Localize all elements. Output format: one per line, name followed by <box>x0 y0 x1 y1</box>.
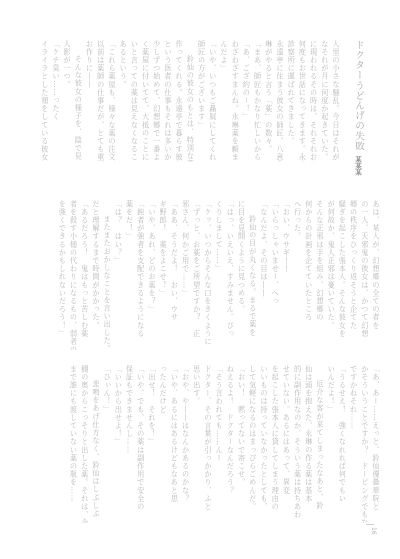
text-column: あるという。 <box>118 40 129 162</box>
novel-page: ドクターうどんげの失敗薬 某某某 人里の小さな騒乱。今日はそれがまた一つ、なそれ… <box>0 0 400 559</box>
text-column: 「ああ、そうだよ！ おい、ウサ <box>169 200 180 350</box>
text-column: 永遠亭に住まう彼女の師匠。八意永 <box>275 40 286 162</box>
text-column: 「いや、あるにはあるけどもなあと思 <box>169 365 180 523</box>
text-column: 「いや、あれ、どのお薬を？」 <box>147 200 158 350</box>
text-column: 「鈍者が強者を支配できるようになる <box>136 200 147 350</box>
text-column: ギ野郎！ 薬をよこせ！」 <box>158 200 169 350</box>
text-column: を起こした張本人に貸してしまう理由の <box>270 365 281 523</box>
text-column: 「いや、いつもご贔屓にしてくれだろう <box>208 40 219 162</box>
text-column: 以前は薬師の仕事だが、とても重要な薬を <box>96 40 107 162</box>
text-column: が何故か、鬼人正邪は憂いていた。 <box>326 200 337 350</box>
text-column: 「なんだよ、その目は―― <box>259 200 270 350</box>
text-column: 人里の小さな騒乱。今日はそれがまた一つ、 <box>331 40 342 162</box>
text-column: 「ずっと、お薬をご所望ですか？ 正 <box>192 200 203 350</box>
text-column: 「おい、ウサギ―― <box>281 200 292 350</box>
text-column: そんな正邪は手を組み、幻想郷の <box>315 200 326 350</box>
text-column: いいものは持っていなかったとしても、 <box>259 365 270 523</box>
text-tier-lower: 「あ、あー……えっと、鈴仙優曇華院とかそういうことですか？ ドーピングでもないん… <box>42 365 382 523</box>
text-column: 「あ、あー……えっと、鈴仙優曇華院と <box>371 365 382 523</box>
text-column: 郷の秩序をひっくり返そうと企てた <box>348 200 359 350</box>
text-column: 「は？ はい？」 <box>113 200 124 350</box>
text-column: 「あるだろう！ 鬼はもっと苦しむ薬 <box>80 200 91 350</box>
text-column: 的に副作用なのか、そういう薬は持ちあわ <box>292 365 303 523</box>
text-column: 「ケチ臭い……ったく <box>51 40 62 162</box>
text-tier-upper: 人里の小さな騒乱。今日はそれがまた一つ、なそれが月に何度か起きていた。この時に現… <box>42 40 342 162</box>
text-column: かそういうことですか？ ドーピングでもないん <box>360 365 371 523</box>
text-column: 棚の奥からこっそりと出した薬。それは、今 <box>80 365 91 523</box>
text-column: の一人、天邪鬼の彼女は、かつて幻想 <box>360 200 371 350</box>
text-column: なそれが月に何度か起きていた。この時 <box>320 40 331 162</box>
text-column: 悲鳴をあげ仕方なく、鈴仙はしぶしぶ <box>91 365 102 523</box>
page-number: 16 <box>367 527 377 543</box>
text-column: ですかねそれ…… <box>348 365 359 523</box>
text-column: 保証もできませんし…… <box>124 365 135 523</box>
text-column: に現われるその時は、それそれお世話さま <box>308 40 319 162</box>
text-column: 琳がやると言う「薬」の数々。 <box>264 40 275 162</box>
text-column: 「そう言われても……んー <box>214 365 225 523</box>
text-column: 者を殺す小槌の代わりになるもの、弱者の私 <box>68 200 79 350</box>
text-column: 「出せ！ それを！」 <box>147 365 158 523</box>
text-column: 人影が一つ。 <box>62 40 73 162</box>
text-column: 師匠の方がございます」 <box>196 40 207 162</box>
text-column: 何度もお世話になってきます。永遠亭 <box>297 40 308 162</box>
text-column: お作りに―― <box>84 40 95 162</box>
text-column: ったんだけど <box>158 365 169 523</box>
text-column: いと言っての薬は見えなくなることも <box>129 40 140 162</box>
text-column: そんな彼女の様子を、陰で見つめる <box>73 40 84 162</box>
author-name: 某某某 <box>351 156 363 184</box>
text-column: 鈴仙の目が丸くなる。まるで薬を <box>248 200 259 350</box>
text-column: いんだよ！」 <box>326 365 337 523</box>
text-column: ねえるよ！ ドクターなんだろう？ <box>225 365 236 523</box>
text-column: く薬屋に付いてて、大抵のことにはおかな <box>140 40 151 162</box>
text-column: 厄介な客が来てしまったなあと、鈴 <box>315 365 326 523</box>
text-column: 「おや、や――はなんかあるのかな？ <box>180 365 191 523</box>
text-column: まで誰にも渡していない薬の瓶を…… <box>68 365 79 523</box>
text-column: 騒ぎを起こした張本人。そんな彼女を <box>337 200 348 350</box>
text-column: 「あ、ござ約のー！」 <box>241 40 252 162</box>
text-column: 「はっ、いえいえ、すみません。ぴっ <box>225 200 236 350</box>
text-column: 「ケッ、いつからそんな口をきくように <box>203 200 214 350</box>
text-column: んだよ」 <box>219 40 230 162</box>
text-column: またまたおかしなことを言い出した。何を言ってるん <box>102 200 113 350</box>
text-column: あは、某人が、幻想郷の全ての者を <box>371 200 382 350</box>
text-column: 診察所に運ばれてきました。 <box>286 40 297 162</box>
text-column: だと理解するまで時間がかかった。 <box>91 200 102 350</box>
text-tier-middle: あは、某人が、幻想郷の全ての者をの一人、天邪鬼の彼女は、かつて幻想郷の秩序をひっ… <box>42 200 382 350</box>
text-column: 「うるせえ！ 強くなれれば何でもい <box>337 365 348 523</box>
text-column: に目を見開くように見つめる。 <box>236 200 247 350</box>
text-column: を強くできるかもしれないだろう！」 <box>57 200 68 350</box>
text-column: 「おい！ 黙ってないで寄こせ。 <box>236 365 247 523</box>
text-column: 「ひぃん！」 <box>102 365 113 523</box>
text-column: ドクター、その言葉が引っかかり、ふと <box>203 365 214 523</box>
text-column: 少しずつ始めて、幻想郷で一番よく効く <box>152 40 163 162</box>
text-column: 「いや、でも、その薬は副作用で安全の <box>136 365 147 523</box>
page-number-rule <box>366 524 374 525</box>
text-column: くりしまして……」 <box>214 200 225 350</box>
text-column: 「まあ、師匠もかなり忙しいからね」 <box>252 40 263 162</box>
text-column: 何からの計画を企てていたところ <box>304 200 315 350</box>
text-column: 仙は頭を抱えた。永琳の作る薬は基本 <box>304 365 315 523</box>
text-column: 思い出す。 <box>192 365 203 523</box>
text-column: 薬をだ！」 <box>124 200 135 350</box>
text-column: せていない。あるにはあって、異変 <box>281 365 292 523</box>
text-column: へ行った。 <box>292 200 303 350</box>
text-column: 作ってくれる。永遠亭で暮らす彼女の、 <box>174 40 185 162</box>
text-column: 邪さん、何かご用で……」 <box>180 200 191 350</box>
text-column: イライラとした顔をしている彼女の <box>42 40 51 162</box>
text-column: 鈴仙の彼女のもとは、特別な薬を少量 <box>185 40 196 162</box>
text-column: 「いいから出せよ！」 <box>113 365 124 523</box>
text-column: わざわざすまんね。永琳薬を頼まれた <box>230 40 241 162</box>
text-column: 「これら薬屋も、様々な薬の注文も、同時 <box>107 40 118 162</box>
text-column: 「いらっしゃいませー、へっ <box>270 200 281 350</box>
text-column: して気軽になるのはまっぴらごめんだ。 <box>248 365 259 523</box>
text-column: という医者の仕事もそれは多いから <box>163 40 174 162</box>
story-title: ドクターうどんげの失敗薬 <box>349 40 365 150</box>
